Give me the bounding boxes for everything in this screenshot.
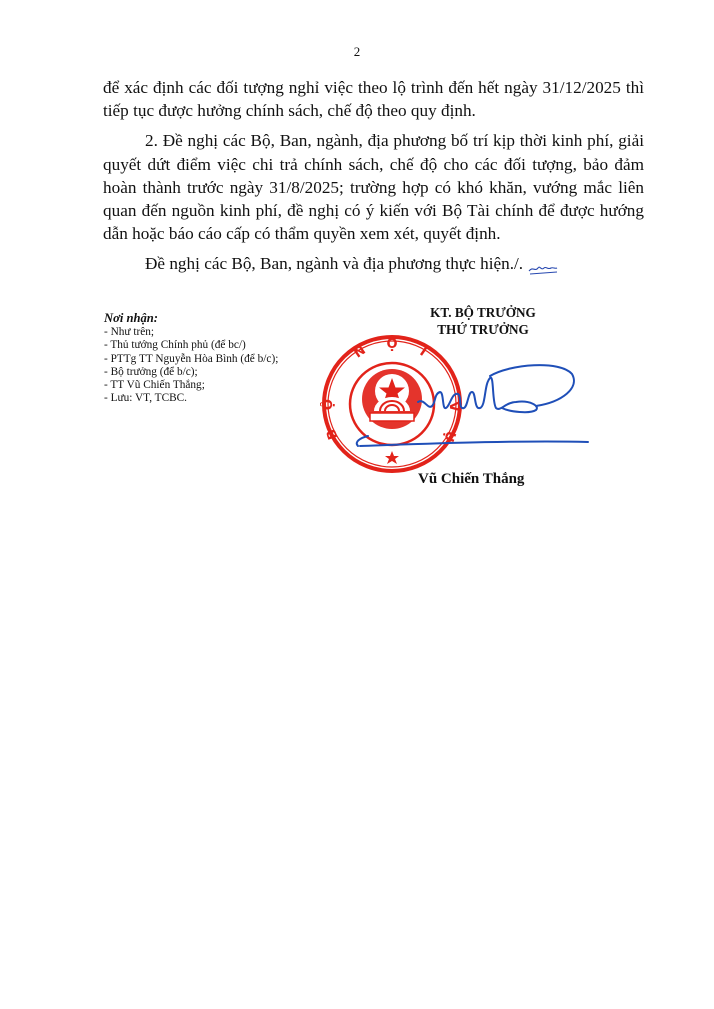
closing-sentence: Đề nghị các Bộ, Ban, ngành và địa phương… (103, 252, 644, 275)
recipient-item: - Lưu: VT, TCBC. (104, 392, 278, 405)
document-page: 2 để xác định các đối tượng nghỉ việc th… (0, 0, 714, 1009)
signer-title-line1: KT. BỘ TRƯỞNG (392, 305, 574, 322)
page-number: 2 (0, 44, 714, 60)
svg-text:Ộ: Ộ (320, 398, 336, 410)
paragraph-2: 2. Đề nghị các Bộ, Ban, ngành, địa phươn… (103, 129, 644, 245)
signer-name: Vũ Chiến Thắng (418, 471, 524, 488)
initials-mark-icon (527, 262, 559, 276)
recipient-item: - Như trên; (104, 326, 278, 339)
handwritten-signature-icon (340, 362, 600, 452)
recipient-item: - TT Vũ Chiến Thắng; (104, 379, 278, 392)
svg-text:Ộ: Ộ (386, 336, 397, 352)
recipient-item: - Thủ tướng Chính phủ (để bc/) (104, 339, 278, 352)
recipients-title: Nơi nhận: (104, 311, 278, 326)
document-body: để xác định các đối tượng nghỉ việc theo… (103, 76, 644, 276)
recipient-item: - Bộ trưởng (để b/c); (104, 366, 278, 379)
paragraph-continued: để xác định các đối tượng nghỉ việc theo… (103, 76, 644, 122)
recipients-list: - Như trên; - Thủ tướng Chính phủ (để bc… (104, 326, 278, 406)
recipients-block: Nơi nhận: - Như trên; - Thủ tướng Chính … (104, 311, 278, 406)
recipient-item: - PTTg TT Nguyễn Hòa Bình (để b/c); (104, 353, 278, 366)
